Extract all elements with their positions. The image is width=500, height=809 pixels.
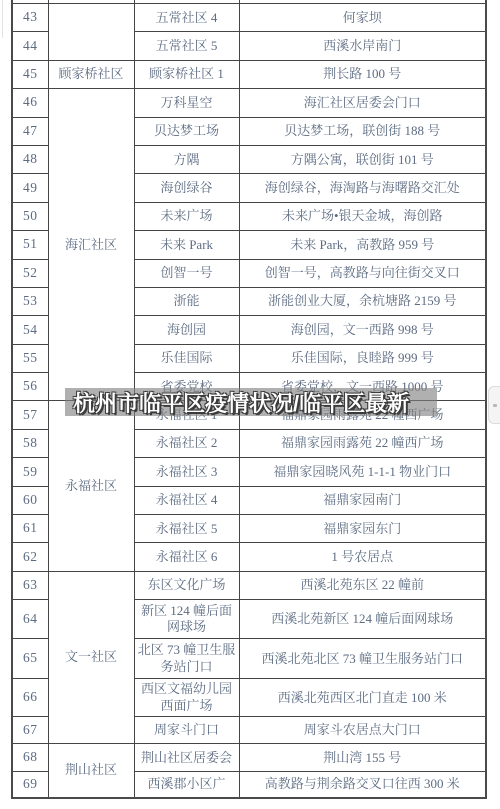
location-cell: 周家斗门口 xyxy=(134,717,239,744)
address-cell: 周家斗农居点大门口 xyxy=(239,717,486,744)
address-cell: 方隅公寓，联创街 101 号 xyxy=(239,145,486,173)
location-cell: 永福社区 5 xyxy=(134,515,239,543)
address-cell: 荆长路 100 号 xyxy=(239,60,486,88)
location-cell: 万科星空 xyxy=(134,89,239,117)
location-cell: 永福社区 4 xyxy=(134,486,239,514)
row-number-cell: 60 xyxy=(12,486,48,514)
address-cell: 何家坝 xyxy=(239,4,486,32)
location-cell: 浙能 xyxy=(134,287,239,315)
community-cell: 永福社区 xyxy=(48,401,134,571)
location-cell: 方隅 xyxy=(134,145,239,173)
location-cell: 西溪郡小区广 xyxy=(134,772,239,798)
location-cell: 贝达梦工场 xyxy=(134,117,239,145)
community-cell: 顾家桥社区 xyxy=(48,60,134,88)
address-cell: 未来 Park，高教路 959 号 xyxy=(239,231,486,259)
community-cell xyxy=(48,4,134,61)
row-number-cell: 64 xyxy=(12,600,48,639)
page-edge xyxy=(2,0,3,38)
address-cell: 乐佳国际，良睦路 999 号 xyxy=(239,344,486,372)
address-cell: 贝达梦工场，联创街 188 号 xyxy=(239,117,486,145)
address-cell: 西溪北苑北区 73 幢卫生服务站门口 xyxy=(239,639,486,679)
address-cell: 西溪北苑新区 124 幢后面网球场 xyxy=(239,600,486,639)
table-row: 68荆山社区荆山社区居委会荆山湾 155 号 xyxy=(12,744,486,772)
address-cell: 福鼎家园东门 xyxy=(239,515,486,543)
row-number-cell: 47 xyxy=(12,117,48,145)
location-cell: 五常社区 4 xyxy=(134,4,239,32)
location-cell: 顾家桥社区 1 xyxy=(134,60,239,88)
address-cell: 海创绿谷，海淘路与海曙路交汇处 xyxy=(239,174,486,202)
table-row: 46海汇社区万科星空海汇社区居委会门口 xyxy=(12,89,486,117)
table-row: 45顾家桥社区顾家桥社区 1荆长路 100 号 xyxy=(12,60,486,88)
row-number-cell: 57 xyxy=(12,401,48,429)
location-cell: 永福社区 2 xyxy=(134,429,239,457)
row-number-cell: 65 xyxy=(12,639,48,679)
location-cell: 乐佳国际 xyxy=(134,344,239,372)
community-cell: 海汇社区 xyxy=(48,89,134,401)
address-cell: 福鼎家园雨露苑 22 幢西广场 xyxy=(239,429,486,457)
location-cell: 创智一号 xyxy=(134,259,239,287)
location-cell: 西区文福幼儿园西面广场 xyxy=(134,679,239,717)
address-cell: 福鼎家园晓风苑 1-1-1 物业门口 xyxy=(239,458,486,486)
row-number-cell: 46 xyxy=(12,89,48,117)
row-number-cell: 48 xyxy=(12,145,48,173)
address-cell: 海汇社区居委会门口 xyxy=(239,89,486,117)
address-cell: 创智一号，高教路与向往街交叉口 xyxy=(239,259,486,287)
address-cell: 福鼎家园南门 xyxy=(239,486,486,514)
row-number-cell: 59 xyxy=(12,458,48,486)
row-number-cell: 69 xyxy=(12,772,48,798)
row-number-cell: 61 xyxy=(12,515,48,543)
location-cell: 海创绿谷 xyxy=(134,174,239,202)
address-cell: 海创园，文一西路 998 号 xyxy=(239,316,486,344)
location-cell: 未来广场 xyxy=(134,202,239,230)
row-number-cell: 51 xyxy=(12,231,48,259)
row-number-cell: 43 xyxy=(12,4,48,32)
location-cell: 五常社区 5 xyxy=(134,32,239,60)
location-cell: 永福社区 6 xyxy=(134,543,239,571)
row-number-cell: 45 xyxy=(12,60,48,88)
address-cell: 西溪水岸南门 xyxy=(239,32,486,60)
drag-handle-icon xyxy=(493,404,497,407)
address-cell: 高教路与荆余路交叉口往西 300 米 xyxy=(239,772,486,798)
row-number-cell: 44 xyxy=(12,32,48,60)
row-number-cell: 63 xyxy=(12,571,48,599)
watermark-title: 杭州市临平区疫情状况/临平区最新 xyxy=(73,387,409,418)
row-number-cell: 52 xyxy=(12,259,48,287)
location-cell: 北区 73 幢卫生服务站门口 xyxy=(134,639,239,679)
location-cell: 永福社区 3 xyxy=(134,458,239,486)
community-cell: 荆山社区 xyxy=(48,744,134,798)
location-cell: 未来 Park xyxy=(134,231,239,259)
row-number-cell: 62 xyxy=(12,543,48,571)
row-number-cell: 58 xyxy=(12,429,48,457)
row-number-cell: 56 xyxy=(12,373,48,401)
row-number-cell: 49 xyxy=(12,174,48,202)
watermark-band: 杭州市临平区疫情状况/临平区最新 xyxy=(65,388,437,416)
address-cell: 西溪北苑东区 22 幢前 xyxy=(239,571,486,599)
row-number-cell: 67 xyxy=(12,717,48,744)
address-cell: 1 号农居点 xyxy=(239,543,486,571)
community-cell: 文一社区 xyxy=(48,571,134,743)
address-cell: 西溪北苑西区北门直走 100 米 xyxy=(239,679,486,717)
row-number-cell: 54 xyxy=(12,316,48,344)
row-number-cell: 68 xyxy=(12,744,48,772)
location-cell: 海创园 xyxy=(134,316,239,344)
location-cell: 新区 124 幢后面网球场 xyxy=(134,600,239,639)
address-cell: 荆山湾 155 号 xyxy=(239,744,486,772)
table-row: 43五常社区 4何家坝 xyxy=(12,4,486,32)
scroll-handle[interactable] xyxy=(488,386,500,424)
address-cell: 未来广场•银天金城，海创路 xyxy=(239,202,486,230)
location-cell: 荆山社区居委会 xyxy=(134,744,239,772)
row-number-cell: 53 xyxy=(12,287,48,315)
table-row: 63文一社区东区文化广场西溪北苑东区 22 幢前 xyxy=(12,571,486,599)
row-number-cell: 50 xyxy=(12,202,48,230)
row-number-cell: 55 xyxy=(12,344,48,372)
location-cell: 东区文化广场 xyxy=(134,571,239,599)
row-number-cell: 66 xyxy=(12,679,48,717)
address-cell: 浙能创业大厦，余杭塘路 2159 号 xyxy=(239,287,486,315)
